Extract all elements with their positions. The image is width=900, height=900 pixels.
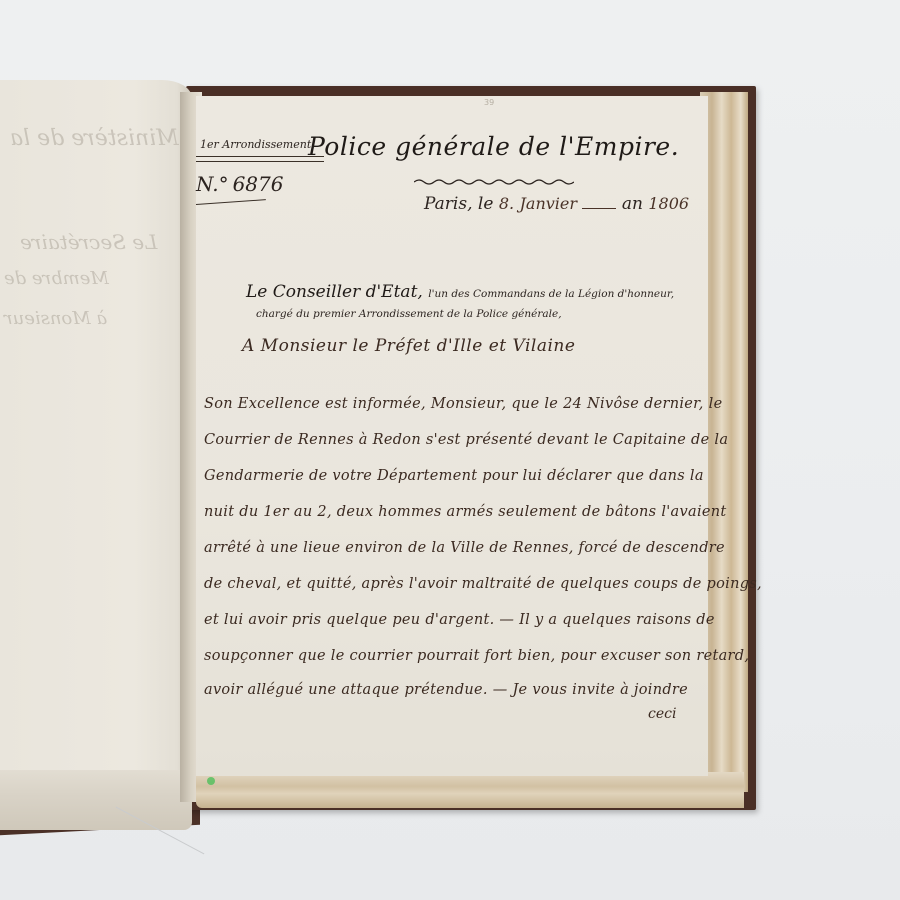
- sender-line-2: chargé du premier Arrondissement de la P…: [256, 308, 562, 320]
- letterhead-title: Police générale de l'Empire.: [308, 132, 679, 161]
- photo-scene: Ministère de la Le Secrétaire Membre de …: [0, 0, 900, 900]
- letter-page: 39 1er Arrondissement. N.°6876 Police gé…: [196, 96, 708, 776]
- body-line: arrêté à une lieue environ de la Ville d…: [204, 540, 725, 556]
- header-rule: [196, 156, 324, 162]
- date-year-prefix: an: [622, 194, 643, 214]
- folio-number: 39: [484, 98, 494, 107]
- sender-honour: l'un des Commandans de la Légion d'honne…: [428, 288, 674, 300]
- body-line: Gendarmerie de votre Département pour lu…: [204, 468, 704, 484]
- body-line: Courrier de Rennes à Redon s'est présent…: [204, 432, 728, 448]
- left-page: Ministère de la Le Secrétaire Membre de …: [0, 80, 192, 770]
- date-day: 8.: [499, 194, 514, 213]
- body-line: et lui avoir pris quelque peu d'argent. …: [204, 612, 715, 628]
- body-line: de cheval, et quitté, après l'avoir malt…: [204, 576, 762, 592]
- date-place: Paris, le: [424, 194, 493, 214]
- body-line: soupçonner que le courrier pourrait fort…: [204, 648, 749, 664]
- date-year: 1806: [648, 194, 689, 213]
- document-number: N.°6876: [196, 172, 283, 196]
- body-line: nuit du 1er au 2, deux hommes armés seul…: [204, 504, 727, 520]
- bleed-through-text: Le Secrétaire: [20, 230, 157, 254]
- number-value: 6876: [233, 172, 284, 196]
- dateline: Paris, le 8. Janvier an 1806: [424, 194, 689, 214]
- left-page-stack: [0, 770, 192, 830]
- tab-marker: [207, 777, 215, 785]
- sender-title: Le Conseiller d'Etat,: [246, 282, 423, 302]
- arrondissement-label: 1er Arrondissement.: [200, 138, 315, 151]
- bleed-through-text: Membre de: [4, 268, 109, 289]
- closing-word: ceci: [648, 706, 676, 722]
- bleed-through-text: à Monsieur: [4, 308, 107, 329]
- bleed-through-text: Ministère de la: [10, 126, 179, 151]
- date-month: Janvier: [519, 194, 577, 213]
- addressee: A Monsieur le Préfet d'Ille et Vilaine: [242, 336, 575, 356]
- number-underline: [196, 199, 266, 205]
- page-edges-bottom: [196, 772, 744, 808]
- sender-line-1: Le Conseiller d'Etat, l'un des Commandan…: [246, 282, 674, 302]
- number-label: N.°: [196, 172, 229, 196]
- body-line: Son Excellence est informée, Monsieur, q…: [204, 396, 722, 412]
- body-line: avoir allégué une attaque prétendue. — J…: [204, 682, 688, 698]
- title-flourish: [414, 178, 574, 186]
